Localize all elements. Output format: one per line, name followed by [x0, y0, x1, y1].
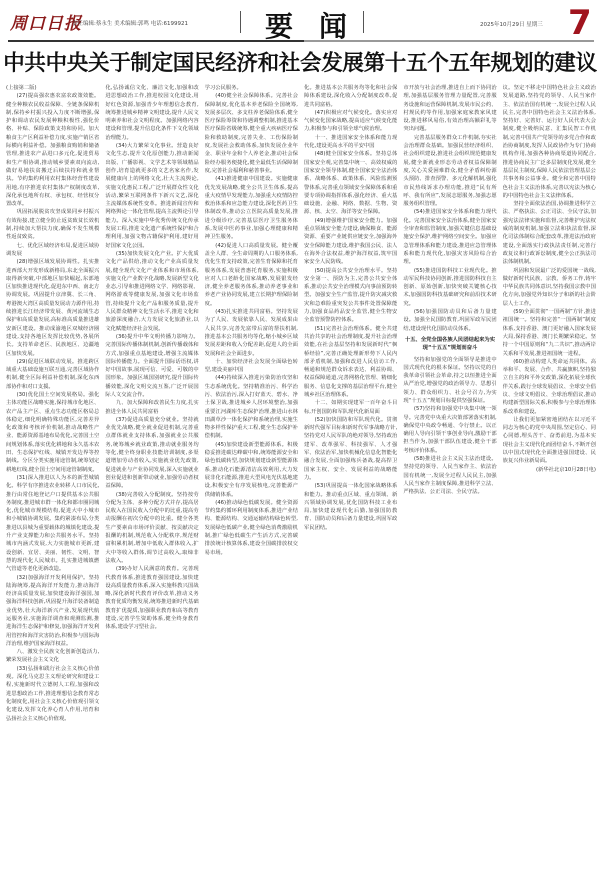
paragraph: (30)优化国土空间发展格局。强化主体功能区战略实施,保持城市化地区、农产品主产…: [6, 391, 99, 474]
divider: [363, 11, 364, 33]
text-column: 市开放与社会治理,推进自上而下协同治理,加强基层服务管理力量配置,完善服务设施和…: [403, 84, 496, 874]
article-headline: 中共中央关于制定国民经济和社会发展第十五个五年规划的建议: [0, 46, 600, 77]
paragraph: (43)扎实推进共同富裕。坚持发展为了人民、发展依靠人民、发展成果由人民共享,完…: [205, 308, 298, 358]
paragraph: (34)大力繁荣文化事业。营造良好文化生态,提升文化原创能力,推动新闻出版、广播…: [105, 142, 198, 250]
paragraph: 议。坚定不移走中国特色社会主义政治发展道路,坚持党的领导、人民当家作主、依法治国…: [503, 84, 596, 200]
issue-date: 2025年10月29日 星期三: [480, 20, 543, 28]
paragraph: (32)加强海洋开发利用保护。坚持陆海统筹,提高海洋开发能力,推动海洋经济高质量…: [6, 574, 99, 649]
text-column: 化,弘扬诚信文化、廉洁文化,加强和改进思想政治工作,推进校园文化建设,用好红色资…: [105, 84, 198, 874]
text-column: 议。坚定不移走中国特色社会主义政治发展道路,坚持党的领导、人民当家作主、依法治国…: [503, 84, 596, 874]
paragraph: 让我们更加紧密地团结在以习近平同志为核心的党中央周围,坚定信心、同心同德,埋头苦…: [503, 416, 596, 466]
paragraph: (59)全面贯彻“一国两制”方针,推进祖国统一。坚持和完善“一国两制”制度体系,…: [503, 308, 596, 358]
text-column: 化。推进基本公共服务均等化和社会保障体系建设,深化收入分配制度改革,促进共同富裕…: [304, 84, 397, 874]
paragraph: (56)加强国防动员和后备力量建设。加强全民国防教育,巩固军政军民团结,建设现代…: [403, 308, 496, 333]
paragraph: 完善基层服务群众工作机制,夯实社会治理群众基础。加强民营经济组织、社会组织建设,…: [403, 134, 496, 209]
article-body: (上接第二版)(27)提高强农惠农富农政策效能。健全种粮农民收益保障、全链条保障…: [6, 84, 596, 874]
paragraph: (47)积极应对气候变化。落实应对气候变化国家战略,提高适应气候变化能力,积极参…: [304, 109, 397, 134]
paragraph: 化。推进基本公共服务均等化和社会保障体系建设,深化收入分配制度改革,促进共同富裕…: [304, 84, 397, 109]
header-rule: [8, 40, 304, 42]
paragraph: (60)推动构建人类命运共同体。高举和平、发展、合作、共赢旗帜,坚持独立自主的和…: [503, 358, 596, 416]
paragraph: 市开放与社会治理,推进自上而下协同治理,加强基层服务管理力量配置,完善服务设施和…: [403, 84, 496, 134]
paragraph: 化,弘扬诚信文化、廉洁文化,加强和改进思想政治工作,推进校园文化建设,用好红色资…: [105, 84, 198, 142]
paragraph: (38)完善收入分配制度。坚持按劳分配为主体、多种分配方式并存,提高居民收入在国…: [105, 491, 198, 566]
paragraph: 坚持全面依法治国,协调推进科学立法、严格执法、公正司法、全民守法,加强宪法法律实…: [503, 200, 596, 266]
paragraph: (57)坚持和加强党中央集中统一领导。完善党中央重大决策部署落实机制,确保党中央…: [403, 405, 496, 455]
paragraph: 七、优化区域经济布局,促进区域协调发展: [6, 242, 99, 259]
paragraph: 九、加大保障和改善民生力度,扎实推进全体人民共同富裕: [105, 399, 198, 416]
page-number: 7: [568, 3, 592, 43]
paragraph: (54)推进国家安全体系和能力现代化。完善国家安全法治体系,健全国家安全审查和监…: [403, 208, 496, 266]
paragraph: 巩固和发展最广泛的爱国统一战线,做好新时代民族、宗教、侨务工作,铸牢中华民族共同…: [503, 267, 596, 308]
editor-credits: 责任编辑:蔡永生 美术编辑:郭鸣 电话:6199921: [72, 19, 188, 27]
masthead: 周口日报 责任编辑:蔡永生 美术编辑:郭鸣 电话:6199921 要闻 2025…: [0, 0, 600, 42]
paragraph: (48)健全国家安全体系。坚持总体国家安全观,完善集中统一、高效权威的国家安全领…: [304, 150, 397, 216]
section-heading: 十五、全党全国各族人民团结起来为实现“十五五”规划而奋斗: [403, 336, 496, 353]
paragraph: (45)加快建设新型能源体系。积极稳妥推进碳达峰碳中和,统筹能源安全和绿色低碳转…: [205, 441, 298, 499]
paragraph: (35)加快发展文化产业。扩大优质文化产品供给,推动文化产业高质量发展,健全现代…: [105, 250, 198, 333]
paragraph: (53)巩固提高一体化国家战略体系和能力。推动重点区域、重点领域、新兴领域协调发…: [304, 482, 397, 532]
divider: [240, 11, 241, 33]
paragraph: (41)推进健康中国建设。实施健康优先发展战略,健全公共卫生体系,提高重大疫情早…: [205, 175, 298, 241]
paragraph: 十、加快经济社会发展全面绿色转型,建设美丽中国: [205, 358, 298, 375]
dateline: (新华社北京10月28日电): [503, 466, 596, 474]
paragraph: (28)增强区域发展协调性。扎实推进西部大开发形成新格局,东北全面振兴取得新突破…: [6, 258, 99, 358]
paragraph: (40)健全社会保障体系。完善社会保障制度,优化基本养老保险全国统筹,发展多层次…: [205, 92, 298, 175]
paragraph: (50)提高公共安全治理水平。坚持安全第一、预防为主,完善公共安全体系,推动公共…: [304, 267, 397, 325]
paragraph: 八、激发全民族文化创新创造活力,繁荣发展社会主义文化: [6, 648, 99, 665]
paragraph: (33)弘扬和践行社会主义核心价值观。深化马克思主义理论研究和建设工程,实施新时…: [6, 665, 99, 723]
paragraph: (上接第二版): [6, 84, 99, 92]
paragraph: 坚持和加强党的全面领导是推进中国式现代化的根本保证。坚持以党的自我革命引领社会革…: [403, 356, 496, 406]
paragraph: 学习公民服务。: [205, 84, 298, 92]
paragraph: 巩固拓展脱贫攻坚成果同乡村振兴有效衔接,建立健全防止返贫致贫长效机制,持续加大帮…: [6, 208, 99, 241]
paragraph: (27)提高强农惠农富农政策效能。健全种粮农民收益保障、全链条保障机制,保持乡村…: [6, 92, 99, 208]
paragraph: (49)增强维护国家安全能力。加强重点领域安全能力建设,确保粮食、能源资源、重要…: [304, 217, 397, 267]
paragraph: (37)促进高质量充分就业。坚持就业优先战略,健全就业促进机制,完善重点群体就业…: [105, 416, 198, 491]
text-column: 学习公民服务。(40)健全社会保障体系。完善社会保障制度,优化基本养老保险全国统…: [205, 84, 298, 874]
paragraph: (44)持续深入推进污染防治攻坚和生态系统优化。坚持精准治污、科学治污、依法治污…: [205, 374, 298, 440]
paragraph: (39)办好人民满意的教育。完善现代教育体系,推进教育强国建设,加快建设高质量教…: [105, 565, 198, 631]
paragraph: 十二、如期实现建军一百年奋斗目标,开创国防和军队现代化新局面: [304, 399, 397, 416]
paragraph: (52)加快国防和军队现代化。贯彻新时代强军目标和新时代军事战略方针,坚持党对人…: [304, 416, 397, 482]
text-column: (上接第二版)(27)提高强农惠农富农政策效能。健全种粮农民收益保障、全链条保障…: [6, 84, 99, 874]
paragraph: (29)促进区域联动发展。推进跨区域重大基础设施互联互通,完善区域协作机制,健全…: [6, 358, 99, 391]
paragraph: (58)推进社会主义民主法治建设。坚持党的领导、人民当家作主、依法治国有机统一,…: [403, 455, 496, 496]
paragraph: (46)推动绿色低碳发展。健全资源节约集约循环利用制度体系,推进产业结构、能源结…: [205, 499, 298, 557]
header-rule: [304, 40, 594, 42]
paragraph: (51)完善社会治理体系。健全共建共治共享的社会治理制度,提升社会治理效能,在社…: [304, 325, 397, 400]
paragraph: (31)深入推进以人为本的新型城镇化。科学有序推进农业转移人口市民化,推行由常住…: [6, 474, 99, 574]
paragraph: (36)提升中华文明传播力影响力。完善国际传播体制机制,创新传播载体和方式,加强…: [105, 333, 198, 399]
paragraph: (42)促进人口高质量发展。健全覆盖全人群、全生命周期的人口服务体系,优化生育支…: [205, 242, 298, 308]
paragraph: 十一、推进国家安全体系和能力现代化,建设更高水平的平安中国: [304, 134, 397, 151]
section-title: 要闻: [265, 5, 373, 45]
paragraph: (55)推进国防科技工业现代化。推动军民科技协同创新,推进国防科技自主创新、原始…: [403, 267, 496, 308]
